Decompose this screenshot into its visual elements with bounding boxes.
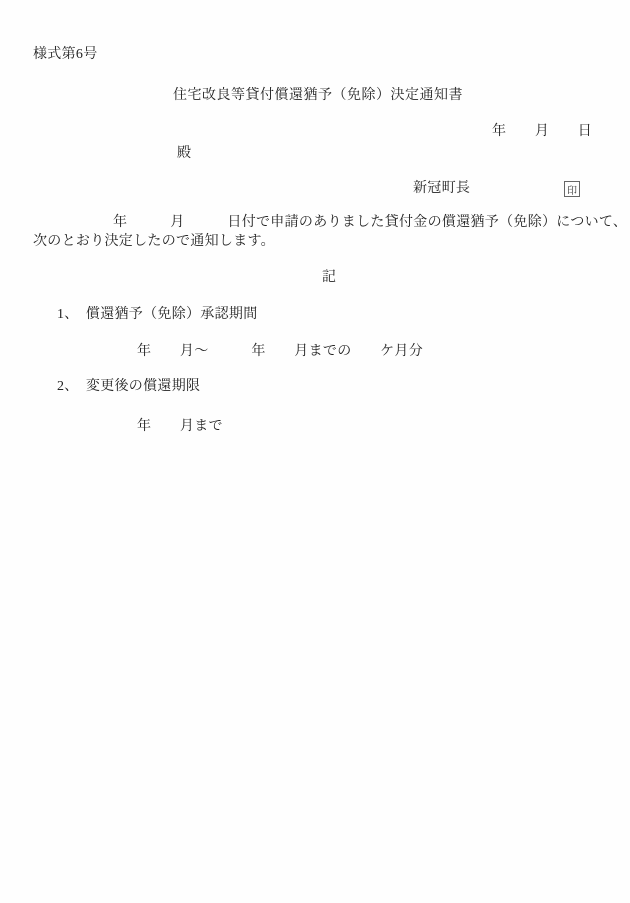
item-1-label: 1、 償還猶予（免除）承認期間	[57, 307, 258, 323]
form-number: 様式第6号	[33, 47, 98, 63]
item-2-label: 2、 変更後の償還期限	[57, 379, 200, 395]
date-line: 年 月 日	[492, 124, 592, 140]
body-line-2: 次のとおり決定したので通知します。	[33, 234, 275, 250]
seal-label: 印	[567, 182, 577, 197]
body-line-1: 年 月 日付で申請のありました貸付金の償還猶予（免除）について、	[113, 215, 627, 231]
document-page: 様式第6号 住宅改良等貸付償還猶予（免除）決定通知書 年 月 日 殿 新冠町長 …	[0, 0, 630, 903]
document-title: 住宅改良等貸付償還猶予（免除）決定通知書	[173, 88, 463, 104]
seal-mark: 印	[564, 181, 580, 197]
record-heading: 記	[322, 270, 336, 286]
item-1-value: 年 月～ 年 月までの ケ月分	[137, 344, 423, 360]
addressee-honorific: 殿	[177, 146, 191, 162]
item-2-value: 年 月まで	[137, 419, 223, 435]
sender-title: 新冠町長	[413, 181, 470, 197]
